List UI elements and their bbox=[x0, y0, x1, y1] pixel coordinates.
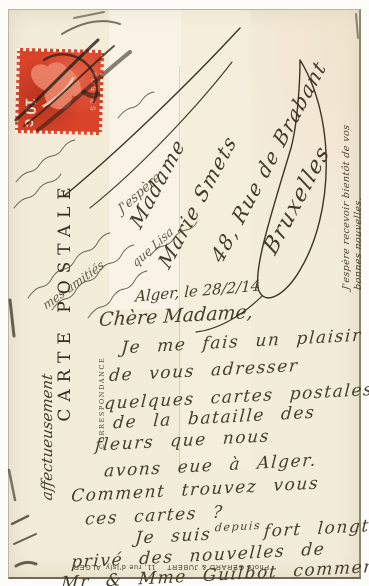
right-margin-note: J'espère recevoir bientôt de vos bonnes … bbox=[341, 10, 365, 290]
stamp-design: POSTES 10 c bbox=[21, 52, 98, 131]
inserted-word: depuis bbox=[214, 519, 261, 534]
message-line-part: fort longtemps bbox=[263, 513, 369, 541]
stamp-value: 10 c bbox=[21, 98, 39, 128]
postcard-scan: CARTE POSTALE CORRESPONDANCE Photo GÉRAR… bbox=[0, 0, 369, 586]
postcard: CARTE POSTALE CORRESPONDANCE Photo GÉRAR… bbox=[8, 9, 361, 579]
message-line: de vous adresser bbox=[108, 356, 299, 386]
postage-stamp: POSTES 10 c bbox=[15, 48, 104, 135]
stamp-postes-label: POSTES bbox=[88, 54, 97, 131]
left-margin-note: affectueusement bbox=[38, 336, 56, 539]
message-salutation: Chère Madame, bbox=[98, 301, 253, 331]
message-line: Je me fais un plaisir bbox=[120, 326, 362, 359]
right-margin-line: bonnes nouvelles. bbox=[353, 9, 365, 291]
address-block: Madame Marie Smets 48, Rue de Brabant Br… bbox=[103, 27, 369, 322]
right-margin-line: J'espère recevoir bientôt de vos bbox=[341, 9, 353, 291]
